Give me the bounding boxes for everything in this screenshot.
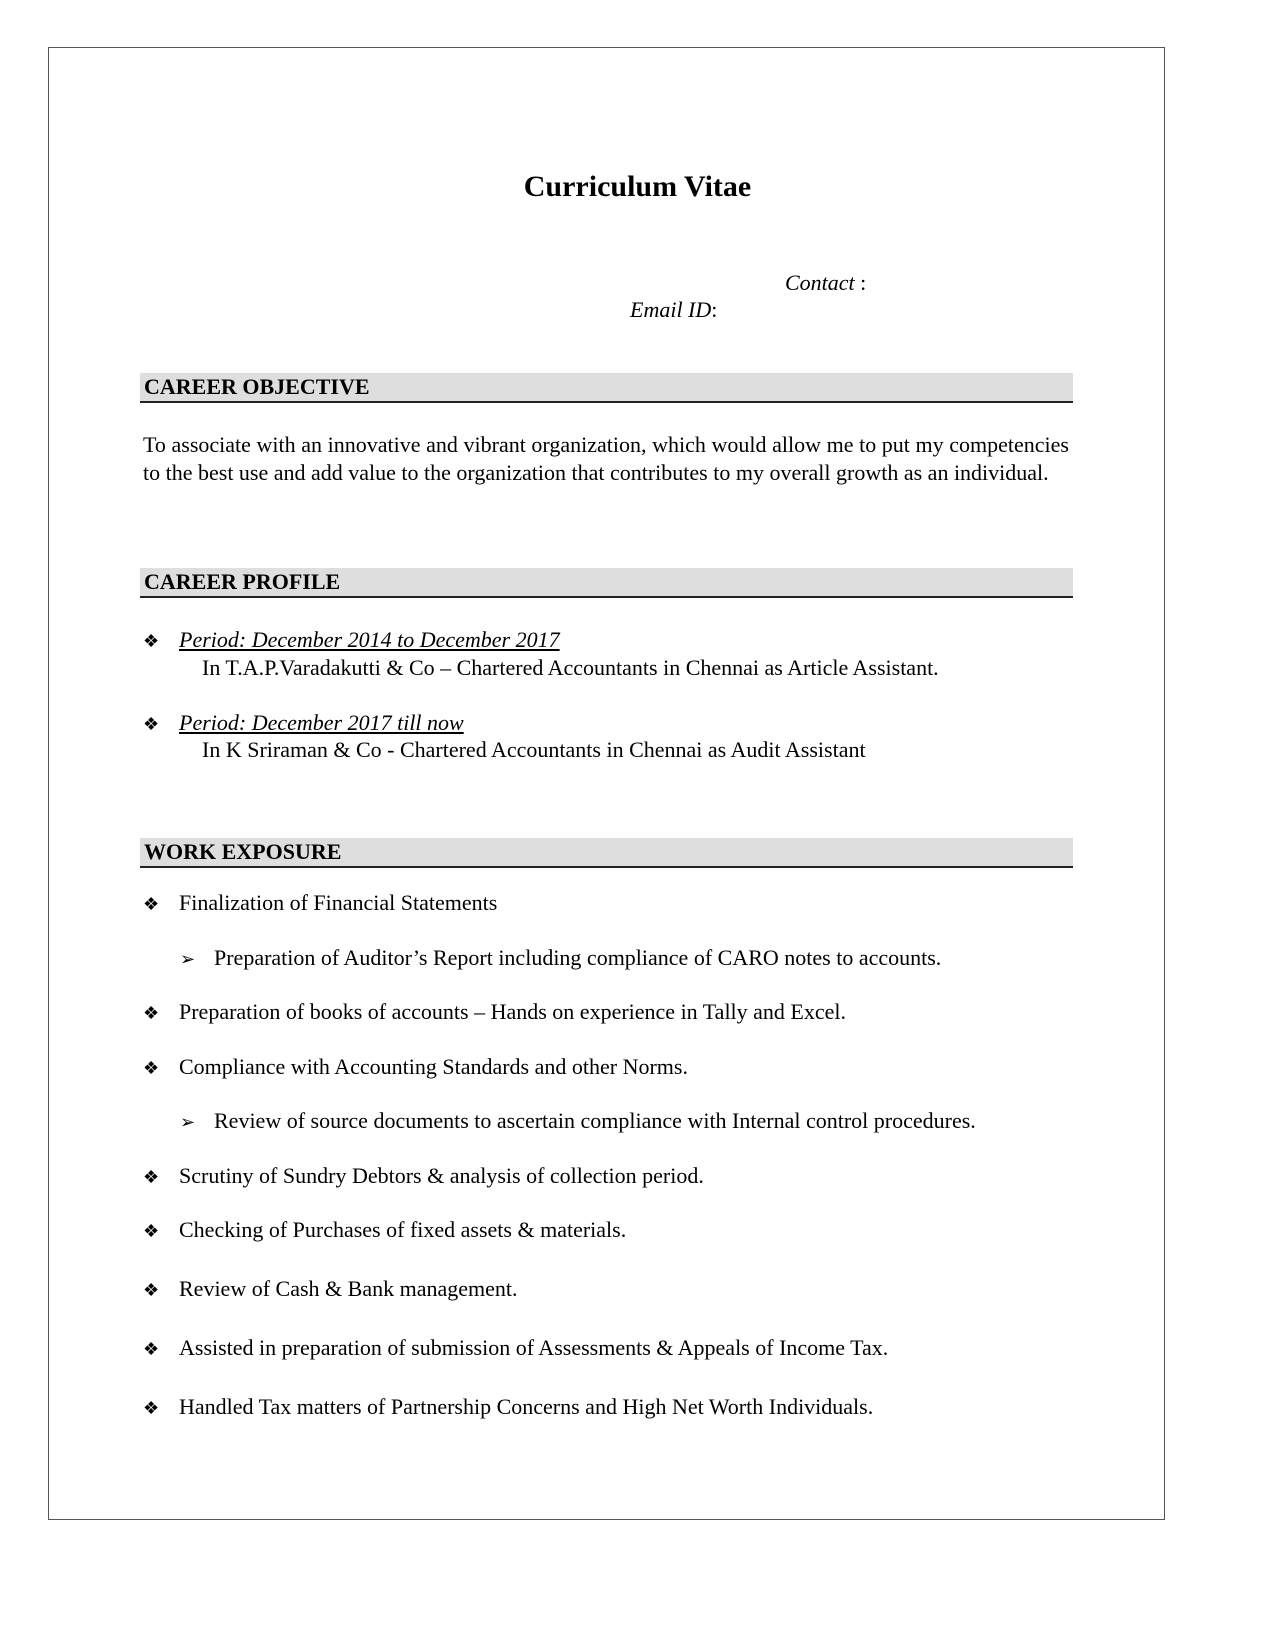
- section-heading-work-exposure: WORK EXPOSURE: [140, 838, 1073, 868]
- profile-detail: In T.A.P.Varadakutti & Co – Chartered Ac…: [202, 654, 939, 682]
- sub-list-item: ➢Preparation of Auditor’s Report includi…: [180, 944, 941, 973]
- diamond-bullet-icon: ❖: [143, 890, 179, 918]
- diamond-bullet-icon: ❖: [143, 710, 179, 738]
- diamond-bullet-icon: ❖: [143, 999, 179, 1027]
- list-item: ❖Scrutiny of Sundry Debtors & analysis o…: [143, 1162, 704, 1191]
- profile-detail: In K Sriraman & Co - Chartered Accountan…: [202, 736, 866, 764]
- list-item: ❖Compliance with Accounting Standards an…: [143, 1053, 688, 1082]
- contact-label: Contact: [785, 270, 855, 295]
- diamond-bullet-icon: ❖: [143, 1335, 179, 1363]
- diamond-bullet-icon: ❖: [143, 627, 179, 655]
- section-heading-career-profile: CAREER PROFILE: [140, 568, 1073, 598]
- diamond-bullet-icon: ❖: [143, 1394, 179, 1422]
- list-item: ❖Preparation of books of accounts – Hand…: [143, 998, 846, 1027]
- email-line: Email ID:: [630, 297, 717, 323]
- arrow-bullet-icon: ➢: [180, 945, 214, 973]
- sub-list-item: ➢Review of source documents to ascertain…: [180, 1107, 976, 1136]
- list-item: ❖Finalization of Financial Statements: [143, 889, 497, 918]
- section-heading-career-objective: CAREER OBJECTIVE: [140, 373, 1073, 403]
- profile-period: Period: December 2014 to December 2017: [179, 627, 560, 652]
- arrow-bullet-icon: ➢: [180, 1108, 214, 1136]
- diamond-bullet-icon: ❖: [143, 1163, 179, 1191]
- document-title: Curriculum Vitae: [0, 170, 1275, 204]
- email-label: Email ID: [630, 297, 711, 322]
- career-objective-text: To associate with an innovative and vibr…: [143, 431, 1069, 487]
- contact-line: Contact :: [785, 270, 866, 296]
- list-item: ❖Assisted in preparation of submission o…: [143, 1334, 888, 1363]
- profile-item: ❖Period: December 2017 till now: [143, 709, 464, 738]
- diamond-bullet-icon: ❖: [143, 1054, 179, 1082]
- list-item: ❖Checking of Purchases of fixed assets &…: [143, 1216, 626, 1245]
- profile-item: ❖Period: December 2014 to December 2017: [143, 626, 560, 655]
- diamond-bullet-icon: ❖: [143, 1217, 179, 1245]
- diamond-bullet-icon: ❖: [143, 1276, 179, 1304]
- profile-period: Period: December 2017 till now: [179, 710, 464, 735]
- list-item: ❖Review of Cash & Bank management.: [143, 1275, 517, 1304]
- list-item: ❖Handled Tax matters of Partnership Conc…: [143, 1393, 873, 1422]
